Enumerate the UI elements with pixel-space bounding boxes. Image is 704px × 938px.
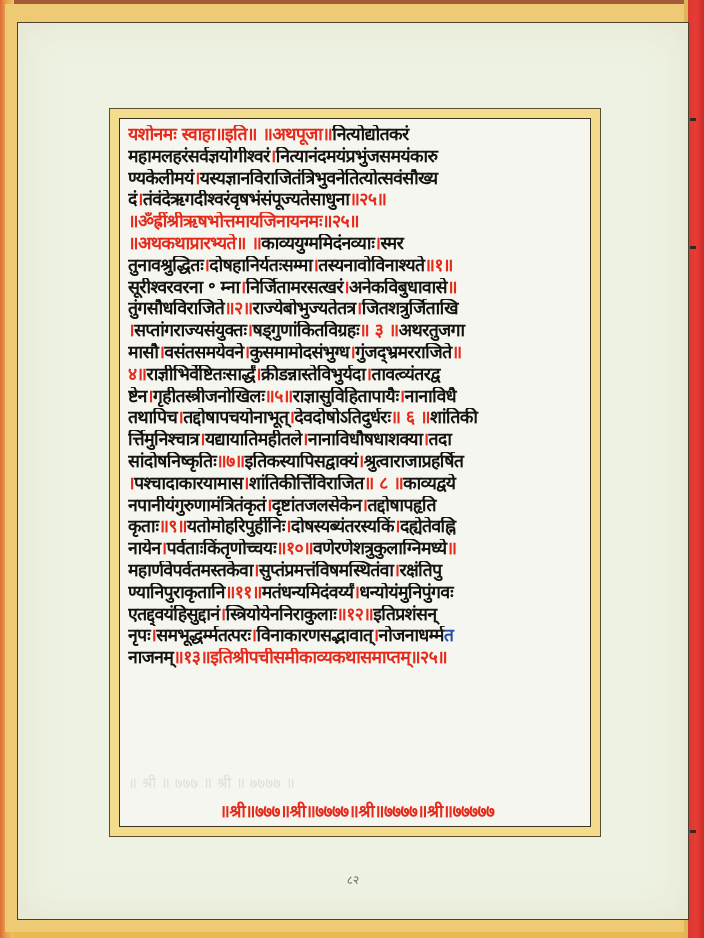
body-text: नानाविधै	[405, 387, 456, 407]
manuscript-line: ण्यकेलीमयं।यस्यज्ञानविराजितंत्रिभुवनेतित…	[128, 169, 586, 191]
rubric-text: यशोनमः स्वाहा॥इति॥	[128, 125, 257, 145]
manuscript-line: तुनावश्रुद्धितः।दोषहानिर्यतःसम्मा।तस्यना…	[128, 256, 586, 278]
book-spine-red	[688, 0, 704, 938]
manuscript-line: यशोनमः स्वाहा॥इति॥ ॥अथपूजा॥नित्योद्योतकर…	[128, 125, 586, 147]
body-text: तदा	[429, 430, 452, 450]
manuscript-line: सूरीश्वरवरना ॰ म्ना।निर्जितामरसत्खरं।अने…	[128, 278, 586, 300]
body-text: नाजनम्	[128, 648, 173, 668]
body-text: धन्योयंमुनिपुंगवः	[359, 583, 453, 603]
body-text: तद्दोषापहृति	[367, 496, 435, 516]
manuscript-line: ण्यानिपुराकृतानि॥११॥मतंधन्यमिदंवर्य्यं।ध…	[128, 583, 586, 605]
body-text: दं	[128, 190, 137, 210]
body-text: निर्जितामरसत्खरं	[246, 278, 343, 298]
rubric-text: ॥१३॥इतिश्रीपचीसमीकाव्यकथासमाप्तम्॥२५॥	[173, 648, 447, 668]
manuscript-line: मासौ।वसंतसमयेवने।कुसमामोदसंभुग्ध।गुंजद्भ…	[128, 343, 586, 365]
tab-mark	[690, 830, 696, 833]
rubric-text: ॥अथकथाप्रारभ्यते॥	[128, 234, 246, 254]
rubric-text: ॥	[447, 539, 457, 559]
body-text: काव्यद्वये	[403, 474, 455, 494]
manuscript-line: नृपः।समभूद्धर्म्मतत्परः।विनाकारणसद्भावात…	[128, 626, 586, 648]
body-text: एतद्द्वयंहिसुद्दानं	[128, 605, 220, 625]
body-text: स्त्रियोयेननिराकुलाः	[226, 605, 337, 625]
body-text: स्मर	[380, 234, 403, 254]
body-text: सूरीश्वरवरना ॰ म्ना	[128, 278, 240, 298]
manuscript-line: नाजनम्॥१३॥इतिश्रीपचीसमीकाव्यकथासमाप्तम्॥…	[128, 648, 586, 670]
rubric-text: ॥२५॥	[349, 190, 386, 210]
body-text: काव्ययुग्ममिदंनव्याः	[261, 234, 374, 254]
body-text: तथापिच	[128, 408, 177, 428]
body-text: नायेन	[128, 539, 161, 559]
body-text: सप्तांगराज्यसंयुक्तः	[134, 321, 246, 341]
body-text: ण्यानिपुराकृतानि	[128, 583, 225, 603]
body-text: गुंजद्भ्रमरराजिते	[355, 343, 451, 363]
body-text: यस्यज्ञानविराजितंत्रिभुवनेतित्योत्सवंसौख…	[200, 169, 438, 189]
body-text: नित्यानंदमयंप्रभुंजसमयंकारु	[276, 147, 438, 167]
body-text: देवदोषोऽतिदुर्धरः	[294, 408, 390, 428]
body-text: तुनावश्रुद्धितः	[128, 256, 203, 276]
body-text: पश्चादाकारयामास	[134, 474, 243, 494]
manuscript-line: दं।तंवंदेऋगदीश्वरंवृषभंसंपूज्यतेसाधुना॥२…	[128, 190, 586, 212]
manuscript-line: महामलहरंसर्वज्ञयोगीश्वरं।नित्यानंदमयंप्र…	[128, 147, 586, 169]
rubric-text: ॥२॥	[224, 299, 252, 319]
rubric-text: ॥१०॥	[276, 539, 313, 559]
rubric-text: ॥१॥	[424, 256, 452, 276]
body-text: कुसमामोदसंभुग्ध	[250, 343, 350, 363]
body-text: शांतिकी	[430, 408, 477, 428]
body-text: जितशत्रुर्जिताखि	[362, 299, 458, 319]
body-text: राज्ञासुविहितापायैः	[293, 387, 399, 407]
body-text: नपानीयंगुरुणामंत्रितंकृतं	[128, 496, 266, 516]
body-text: वणेरणेशत्रुकुलाग्निमध्ये	[313, 539, 447, 559]
rubric-text: ॥ ६ ॥	[390, 408, 429, 428]
body-text: तस्यनावोविनाश्यते	[318, 256, 424, 276]
body-text: इतिप्रशंसन्	[373, 605, 436, 625]
body-text: दोषहानिर्यतःसम्मा	[209, 256, 312, 276]
body-text: राज्ञीभिर्वेष्टितःसार्द्धं	[147, 365, 255, 385]
body-text: तंवंदेऋगदीश्वरंवृषभंसंपूज्यतेसाधुना	[143, 190, 350, 210]
rubric-text: ॥ॐह्रींश्रीऋषभोत्तमायजिनायनमः॥२५॥	[128, 212, 359, 232]
rubric-text: ॥११॥	[225, 583, 262, 603]
bleed-through-text: ॥ श्री ॥ ७७७ ॥ श्री ॥ ७७७७ ॥	[128, 773, 586, 789]
rubric-text: ॥९॥	[158, 517, 186, 537]
body-text: नोजनाधर्म्म	[379, 626, 444, 646]
manuscript-line: नपानीयंगुरुणामंत्रितंकृतं।दृष्टांतजलसेके…	[128, 496, 586, 518]
manuscript-line: सांदोषनिष्कृतिः॥७॥इतिकस्यापिसद्वाक्यं।श्…	[128, 452, 586, 474]
rubric-text: ॥	[447, 278, 457, 298]
manuscript-line: एतद्द्वयंहिसुद्दानं।स्त्रियोयेननिराकुलाः…	[128, 605, 586, 627]
body-text: श्रुत्वाराजाप्रहर्षित	[364, 452, 464, 472]
body-text: सांदोषनिष्कृतिः	[128, 452, 216, 472]
body-text: तद्दोषापचयोनाभूत्	[183, 408, 288, 428]
manuscript-line: तथापिच।तद्दोषापचयोनाभूत्।देवदोषोऽतिदुर्ध…	[128, 408, 586, 430]
body-text: अनेकविबुधावासे	[349, 278, 447, 298]
manuscript-line: ॥ॐह्रींश्रीऋषभोत्तमायजिनायनमः॥२५॥	[128, 212, 586, 234]
body-text: षड्गुणांकितविग्रहः	[253, 321, 360, 341]
body-text: अथरतुजगा	[399, 321, 465, 341]
rubric-text: ४॥	[128, 365, 147, 385]
body-text: इतिकस्यापिसद्वाक्यं	[245, 452, 358, 472]
body-text: क्रीडन्नास्तेविभुर्यदा	[261, 365, 365, 385]
text-frame-inner: यशोनमः स्वाहा॥इति॥ ॥अथपूजा॥नित्योद्योतकर…	[119, 118, 591, 827]
manuscript-line: कृताः॥९॥यतोमोहरिपुर्हीनिः।दोषस्यब्यंतरस्…	[128, 517, 586, 539]
body-text: वसंतसमयेवने	[164, 343, 243, 363]
manuscript-line: ४॥राज्ञीभिर्वेष्टितःसार्द्धं।क्रीडन्नास्…	[128, 365, 586, 387]
body-text: विनाकारणसद्भावात्	[257, 626, 373, 646]
body-text: नानाविधौषधाशक्या	[308, 430, 423, 450]
body-text: नित्योद्योतकरं	[332, 125, 408, 145]
body-text: शांतिकीर्त्तिविराजित	[249, 474, 364, 494]
rubric-text: ॥ ८ ॥	[364, 474, 403, 494]
rubric-text: ॥अथपूजा॥	[262, 125, 332, 145]
rubric-text: ॥ ३ ॥	[359, 321, 398, 341]
manuscript-line: र्त्तिमुनिश्चात्र।यद्यायातिमहीतले।नानावि…	[128, 430, 586, 452]
manuscript-line: ष्टेन।गृहीतस्त्रीजनोखिलः॥५॥राज्ञासुविहित…	[128, 387, 586, 409]
body-text: सुप्तंप्रमत्तंविषमस्थितंवा	[259, 561, 394, 581]
tab-mark	[690, 246, 696, 249]
rubric-text: ॥५॥	[264, 387, 292, 407]
body-text: दृष्टांतजलसेकेन	[272, 496, 362, 516]
rubric-text: ॥	[452, 343, 462, 363]
body-text: त	[444, 626, 453, 646]
manuscript-line: नायेन।पर्वताःकिंतृणोच्चयः॥१०॥वणेरणेशत्रु…	[128, 539, 586, 561]
body-text: ण्यकेलीमयं	[128, 169, 194, 189]
body-text: मतंधन्यमिदंवर्य्यं	[262, 583, 354, 603]
manuscript-line: ।पश्चादाकारयामास।शांतिकीर्त्तिविराजित॥ ८…	[128, 474, 586, 496]
body-text: मासौ	[128, 343, 158, 363]
manuscript-line: महार्णवेपर्वतमस्तकेवा।सुप्तंप्रमत्तंविषम…	[128, 561, 586, 583]
body-text: रक्षंतिपु	[399, 561, 441, 581]
body-text: र्त्तिमुनिश्चात्र	[128, 430, 199, 450]
page-number: ८२	[18, 871, 688, 888]
text-frame-outer: यशोनमः स्वाहा॥इति॥ ॥अथपूजा॥नित्योद्योतकर…	[109, 108, 601, 837]
footer-invocation: ॥श्री॥७७७॥श्री॥७७७७॥श्री॥७७७७॥श्री॥७७७७७	[128, 799, 586, 822]
manuscript-page: यशोनमः स्वाहा॥इति॥ ॥अथपूजा॥नित्योद्योतकर…	[17, 22, 689, 920]
body-text: राज्येबोभुज्यतेतत्र	[253, 299, 356, 319]
manuscript-line: ॥अथकथाप्रारभ्यते॥ ॥काव्ययुग्ममिदंनव्याः।…	[128, 234, 586, 256]
body-text: दह्येतेवह्नि	[400, 517, 456, 537]
manuscript-line: तुंगसौधविराजिते॥२॥राज्येबोभुज्यतेतत्र।जि…	[128, 299, 586, 321]
rubric-text: ॥१२॥	[336, 605, 373, 625]
body-text: कृताः	[128, 517, 158, 537]
body-text: तुंगसौधविराजिते	[128, 299, 224, 319]
tab-mark	[690, 118, 696, 121]
body-text: पर्वताःकिंतृणोच्चयः	[167, 539, 276, 559]
manuscript-line: ।सप्तांगराज्यसंयुक्तः।षड्गुणांकितविग्रहः…	[128, 321, 586, 343]
body-text: दोषस्यब्यंतरस्यकिं	[291, 517, 394, 537]
body-text: यतोमोहरिपुर्हीनिः	[187, 517, 285, 537]
body-text: यद्यायातिमहीतले	[205, 430, 302, 450]
body-text: ष्टेन	[128, 387, 147, 407]
body-text: महामलहरंसर्वज्ञयोगीश्वरं	[128, 147, 270, 167]
body-text: गृहीतस्त्रीजनोखिलः	[153, 387, 264, 407]
body-text: महार्णवेपर्वतमस्तकेवा	[128, 561, 253, 581]
body-text: नृपः	[128, 626, 150, 646]
body-text: समभूद्धर्म्मतत्परः	[156, 626, 250, 646]
body-text: तावत्व्यंतरद्व	[371, 365, 439, 385]
rubric-text: ॥	[251, 234, 261, 254]
rubric-text: ॥७॥	[216, 452, 244, 472]
manuscript-text: यशोनमः स्वाहा॥इति॥ ॥अथपूजा॥नित्योद्योतकर…	[128, 125, 586, 670]
